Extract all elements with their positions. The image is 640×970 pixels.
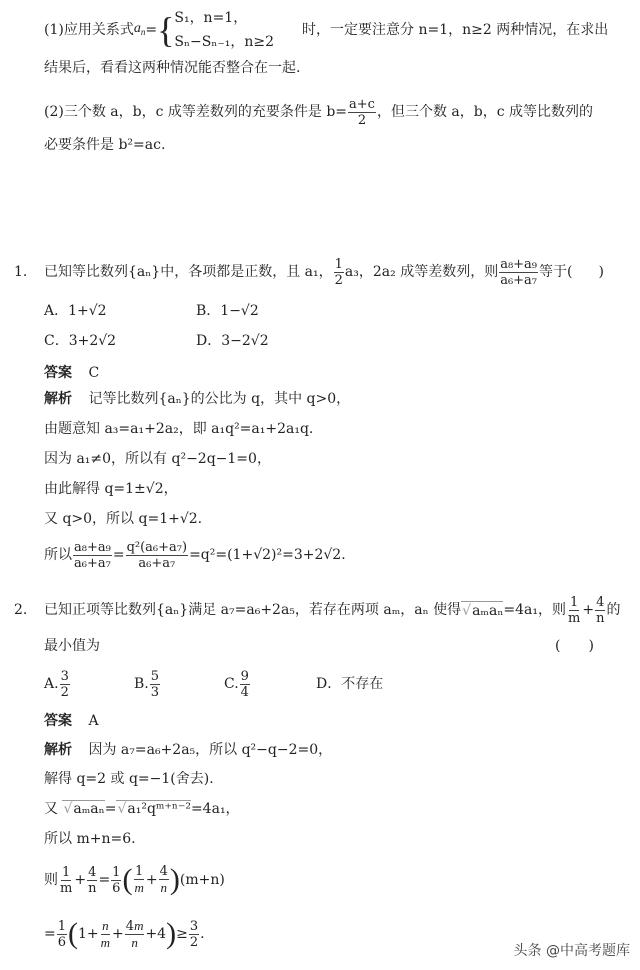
analysis-text: 因为 a₇=a₆+2a₅，所以 q²−q−2=0， xyxy=(88,742,332,758)
stem-line-2: 最小值为 xyxy=(44,637,100,655)
analysis-text: . xyxy=(200,925,204,943)
fraction: 1m xyxy=(567,595,581,626)
fraction: q²(a₆+a₇)a₆+a₇ xyxy=(126,540,189,571)
denominator: m xyxy=(133,880,144,896)
denominator: n xyxy=(159,880,168,896)
answer-line: 答案 A xyxy=(44,712,99,730)
stem-text: 等于( xyxy=(539,263,572,281)
fraction: 4n xyxy=(87,865,97,896)
note-1-line-2: 结果后，看看这两种情况能否整合在一起. xyxy=(44,59,300,77)
fraction: 4n xyxy=(159,864,169,896)
case-1: S₁，n=1， xyxy=(174,6,274,30)
answer-blank: ) xyxy=(599,263,604,281)
denominator: n xyxy=(130,935,139,951)
denominator: 6 xyxy=(57,935,67,950)
option-b: B. 53 xyxy=(134,666,161,702)
fraction: 4n xyxy=(595,595,605,626)
denominator: 2 xyxy=(189,935,199,950)
fraction: 4mn xyxy=(125,918,145,951)
numerator: 4 xyxy=(595,595,605,611)
denominator: n xyxy=(87,881,97,896)
analysis-label: 解析 xyxy=(44,742,72,758)
fraction: 16 xyxy=(111,865,121,896)
denominator: 3 xyxy=(150,685,160,700)
numerator: 1 xyxy=(569,595,579,611)
denominator: 2 xyxy=(60,685,70,700)
answer-label: 答案 xyxy=(44,713,72,729)
note-2-text: (2)三个数 a，b，c 成等差数列的充要条件是 b= xyxy=(44,103,347,121)
analysis-text: 所以 xyxy=(44,546,72,564)
answer-line: 答案 C xyxy=(44,364,99,382)
paren-icon: ) xyxy=(170,871,180,889)
analysis-label: 解析 xyxy=(44,391,72,407)
analysis-line: 所以 m+n=6. xyxy=(44,830,136,848)
analysis-text: 记等比数列{aₙ}的公比为 q，其中 q>0， xyxy=(88,391,350,407)
question-number: 1. xyxy=(14,263,44,281)
numerator: 4 xyxy=(87,865,97,881)
piecewise-cases: S₁，n=1， Sₙ−Sₙ₋₁，n≥2 xyxy=(174,6,274,54)
question-1-stem: 1. 已知等比数列{aₙ}中，各项都是正数，且 a₁， 12 a₃，2a₂ 成等… xyxy=(14,254,604,290)
stem-text: 已知等比数列{aₙ}中，各项都是正数，且 a₁， xyxy=(44,263,333,281)
watermark: 头条 @中高考题库 xyxy=(514,940,630,960)
fraction: 16 xyxy=(57,919,67,950)
denominator: 2 xyxy=(334,273,344,288)
fraction: 1m xyxy=(133,864,144,896)
numerator: 1 xyxy=(57,919,67,935)
option-d: D．3−2√2 xyxy=(196,332,269,350)
brace-icon: { xyxy=(157,12,174,48)
analysis-text: 又 xyxy=(44,801,58,817)
analysis-line: 又 q>0，所以 q=1+√2. xyxy=(44,510,202,528)
analysis-line: 解析 因为 a₇=a₆+2a₅，所以 q²−q−2=0， xyxy=(44,741,332,759)
option-b: B．1−√2 xyxy=(196,302,259,320)
note-1-suffix: 时，一定要注意分 n=1，n≥2 两种情况，在求出 xyxy=(302,21,608,39)
denominator: m xyxy=(59,881,73,896)
numerator: 1 xyxy=(134,864,144,880)
question-number: 2. xyxy=(14,601,44,619)
analysis-line: 则 1m+ 4n= 16 ( 1m+ 4n ) (m+n) xyxy=(44,858,225,902)
numerator: 1 xyxy=(334,257,344,273)
note-2-suffix: ，但三个数 a，b，c 成等比数列的 xyxy=(377,103,593,121)
numerator: 3 xyxy=(189,919,199,935)
fraction: 1m xyxy=(59,865,73,896)
stem-text: a₃，2a₂ 成等差数列，则 xyxy=(345,263,498,281)
answer-label: 答案 xyxy=(44,365,72,381)
stem-text: 已知正项等比数列{aₙ}满足 a₇=a₆+2a₅，若存在两项 aₘ，aₙ 使得 xyxy=(44,601,461,619)
denominator: n xyxy=(595,611,605,626)
analysis-text: =4a₁， xyxy=(191,801,240,817)
paren-icon: ( xyxy=(122,871,132,889)
sqrt-expression: aₘaₙ xyxy=(461,601,503,620)
denominator: 4 xyxy=(240,685,250,700)
equals-sign: = xyxy=(105,801,117,817)
denominator: m xyxy=(100,935,111,951)
analysis-text: ≥ xyxy=(176,925,188,943)
option-a: A．1+√2 xyxy=(44,302,107,320)
numerator: 1 xyxy=(111,865,121,881)
stem-text: =4a₁，则 xyxy=(503,601,566,619)
analysis-text: (m+n) xyxy=(180,871,225,889)
fraction: a₈+a₉a₆+a₇ xyxy=(73,540,112,571)
denominator: 6 xyxy=(111,881,121,896)
analysis-line: 因为 a₁≠0，所以有 q²−2q−1=0， xyxy=(44,450,271,468)
numerator: 4 xyxy=(159,864,169,880)
note-1-line-1: (1)应用关系式 an={ S₁，n=1， Sₙ−Sₙ₋₁，n≥2 时，一定要注… xyxy=(44,8,608,52)
option-c: C. 94 xyxy=(224,666,251,702)
numerator: a+c xyxy=(348,97,376,113)
note-2-line-2: 必要条件是 b²=ac. xyxy=(44,136,165,154)
option-a: A. 32 xyxy=(44,666,71,702)
numerator: 4m xyxy=(125,918,145,935)
fraction: nm xyxy=(100,918,111,951)
option-label: B. xyxy=(134,675,149,693)
numerator: q²(a₆+a₇) xyxy=(126,540,189,556)
denominator: a₆+a₇ xyxy=(73,556,112,571)
fraction: 32 xyxy=(60,669,70,700)
answer-value: A xyxy=(88,713,98,729)
analysis-line: 解得 q=2 或 q=−1(舍去). xyxy=(44,770,214,788)
fraction: 12 xyxy=(334,257,344,288)
denominator: 2 xyxy=(357,113,367,128)
analysis-line: 解析 记等比数列{aₙ}的公比为 q，其中 q>0， xyxy=(44,390,350,408)
option-label: C. xyxy=(224,675,239,693)
note-1-text: (1)应用关系式 xyxy=(44,21,134,39)
paren-icon: ) xyxy=(166,925,176,943)
fraction: a+c2 xyxy=(348,97,376,128)
numerator: n xyxy=(101,918,110,935)
stem-text: 的 xyxy=(606,601,620,619)
numerator: 1 xyxy=(61,865,71,881)
answer-blank: ( ) xyxy=(555,637,594,655)
option-d: D．不存在 xyxy=(316,675,383,693)
answer-value: C xyxy=(88,365,99,381)
analysis-final: 所以 a₈+a₉a₆+a₇= q²(a₆+a₇)a₆+a₇ =q²=(1+√2)… xyxy=(44,535,346,575)
numerator: a₈+a₉ xyxy=(499,257,538,273)
numerator: 5 xyxy=(150,669,160,685)
denominator: a₆+a₇ xyxy=(499,273,538,288)
denominator: m xyxy=(567,611,581,626)
numerator: a₈+a₉ xyxy=(73,540,112,556)
note-2-line-1: (2)三个数 a，b，c 成等差数列的充要条件是 b= a+c2 ，但三个数 a… xyxy=(44,94,593,130)
paren-icon: ( xyxy=(68,925,78,943)
denominator: a₆+a₇ xyxy=(137,556,176,571)
option-c: C．3+2√2 xyxy=(44,332,116,350)
fraction: 53 xyxy=(150,669,160,700)
analysis-line: 又 aₘaₙ=a₁²qᵐ⁺ⁿ⁻²=4a₁， xyxy=(44,800,240,818)
option-label: A. xyxy=(44,675,59,693)
case-2: Sₙ−Sₙ₋₁，n≥2 xyxy=(174,30,274,54)
fraction: 32 xyxy=(189,919,199,950)
analysis-line: 由此解得 q=1±√2， xyxy=(44,480,178,498)
analysis-text: 则 xyxy=(44,871,58,889)
analysis-line: =16 (1+ nm+ 4mn+4 ) ≥ 32 . xyxy=(44,912,205,956)
sqrt-expression: aₘaₙ xyxy=(62,800,104,817)
numerator: 3 xyxy=(60,669,70,685)
sqrt-expression: a₁²qᵐ⁺ⁿ⁻² xyxy=(116,800,191,817)
fraction: 94 xyxy=(240,669,250,700)
analysis-text: =q²=(1+√2)²=3+2√2. xyxy=(189,546,346,564)
analysis-line: 由题意知 a₃=a₁+2a₂，即 a₁q²=a₁+2a₁q. xyxy=(44,420,313,438)
numerator: 9 xyxy=(240,669,250,685)
question-2-stem: 2. 已知正项等比数列{aₙ}满足 a₇=a₆+2a₅，若存在两项 aₘ，aₙ … xyxy=(14,592,620,628)
fraction: a₈+a₉a₆+a₇ xyxy=(499,257,538,288)
